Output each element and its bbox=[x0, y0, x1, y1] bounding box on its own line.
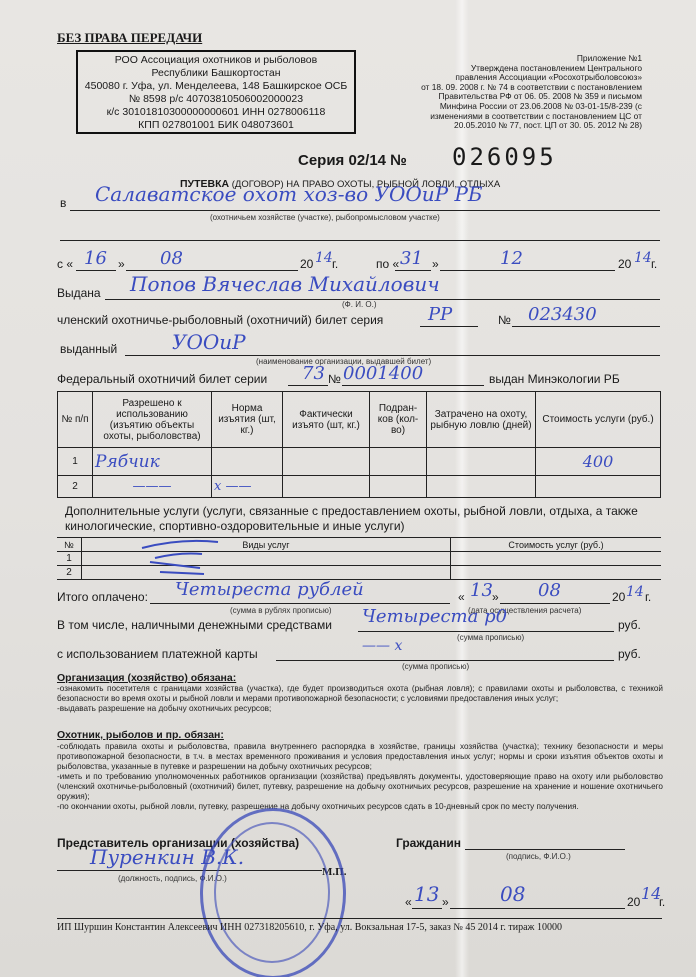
pay-date-mid: » bbox=[492, 590, 499, 604]
days-cell[interactable] bbox=[427, 448, 536, 476]
wounded-cell[interactable] bbox=[370, 476, 427, 498]
object-cell[interactable]: ——— bbox=[93, 476, 212, 498]
from-month[interactable]: 08 bbox=[160, 248, 183, 269]
object-cell[interactable]: Рябчик bbox=[93, 448, 212, 476]
total-paid-label: Итого оплачено: bbox=[57, 590, 148, 604]
strike-through-mark bbox=[140, 538, 220, 578]
to-year-prefix: 20 bbox=[618, 257, 631, 271]
obligation-item: -иметь и по требованию уполномоченных ра… bbox=[57, 772, 663, 802]
sign-date-day[interactable]: 13 bbox=[414, 882, 439, 906]
hunter-obligations-list: -соблюдать правила охоты и рыболовства, … bbox=[57, 742, 663, 812]
series-label: Серия 02/14 № bbox=[298, 152, 407, 169]
row-number: 2 bbox=[57, 566, 82, 580]
place-prefix: в bbox=[60, 196, 66, 210]
from-suffix: г. bbox=[332, 257, 338, 271]
kind-cell[interactable] bbox=[82, 552, 451, 566]
row-number: 2 bbox=[58, 476, 93, 498]
to-prefix: по « bbox=[376, 257, 399, 271]
issued-by-label: выданный bbox=[60, 342, 117, 356]
member-ticket-no-label: № bbox=[498, 313, 511, 327]
cash-caption: (сумма прописью) bbox=[457, 633, 524, 642]
to-month[interactable]: 12 bbox=[500, 248, 523, 269]
from-mid: » bbox=[118, 257, 125, 271]
col-header: Затрачено на охоту, рыбную ловлю (дней) bbox=[427, 392, 536, 448]
total-paid-value[interactable]: Четыреста рублей bbox=[175, 579, 364, 600]
actual-cell[interactable] bbox=[283, 448, 370, 476]
col-header: Стоимость услуги (руб.) bbox=[536, 392, 661, 448]
series-number: 026095 bbox=[452, 143, 557, 171]
obligation-item: -выдавать разрешение на добычу охотничьи… bbox=[57, 704, 663, 714]
extra-services-title: Дополнительные услуги (услуги, связанные… bbox=[65, 504, 665, 534]
member-ticket-label: членский охотничье-рыболовный (охотничий… bbox=[57, 313, 383, 327]
organization-box: РОО Ассоциация охотников и рыболовов Рес… bbox=[76, 50, 356, 134]
from-year-prefix: 20 bbox=[300, 257, 313, 271]
org-line: № 8598 р/с 40703810506002000023 bbox=[78, 93, 354, 106]
federal-ticket-suffix: выдан Минэкологии РБ bbox=[489, 372, 620, 386]
permit-table: № п/п Разрешено к использованию (изъятию… bbox=[57, 391, 661, 498]
obligation-item: -по окончании охоты, рыбной ловли, путев… bbox=[57, 802, 663, 812]
sign-date-suffix: г. bbox=[659, 895, 665, 909]
total-paid-caption: (сумма в рублях прописью) bbox=[230, 606, 331, 615]
issued-by-value[interactable]: УООиР bbox=[172, 330, 246, 354]
table-row: 2 ——— х —— bbox=[58, 476, 661, 498]
cash-suffix: руб. bbox=[618, 618, 641, 632]
organization-stamp-inner bbox=[214, 822, 330, 963]
org-line: Республики Башкортостан bbox=[78, 67, 354, 80]
org-line: КПП 027801001 БИК 048073601 bbox=[78, 119, 354, 132]
from-day[interactable]: 16 bbox=[84, 248, 107, 269]
cost-cell[interactable]: 400 bbox=[536, 448, 661, 476]
row-number: 1 bbox=[57, 552, 82, 566]
row-number: 1 bbox=[58, 448, 93, 476]
cost-cell[interactable] bbox=[451, 552, 662, 566]
col-header: Норма изъятия (шт, кг.) bbox=[212, 392, 283, 448]
period-row: с « bbox=[57, 257, 73, 271]
citizen-caption: (подпись, Ф.И.О.) bbox=[506, 852, 571, 861]
card-suffix: руб. bbox=[618, 647, 641, 661]
sign-date-year-prefix: 20 bbox=[627, 895, 640, 909]
org-line: к/с 30101810300000000601 ИНН 0278006118 bbox=[78, 106, 354, 119]
appendix-line: 20.05.2010 № 77, пост. ЦП от 30. 05. 201… bbox=[360, 121, 642, 131]
place-value[interactable]: Салаватское охот хоз-во УООиР РБ bbox=[95, 182, 483, 206]
federal-ticket-no-label: № bbox=[328, 372, 341, 386]
cash-value[interactable]: Четыреста р0 bbox=[362, 606, 507, 627]
obligation-item: -ознакомить посетителя с границами хозяй… bbox=[57, 684, 663, 704]
pay-date-year-prefix: 20 bbox=[612, 590, 625, 604]
pay-date-suffix: г. bbox=[645, 590, 651, 604]
issued-label: Выдана bbox=[57, 286, 101, 300]
place-caption: (охотничьем хозяйстве (участке), рыбопро… bbox=[210, 213, 440, 222]
col-header: Стоимость услуг (руб.) bbox=[451, 538, 662, 552]
pay-date-year[interactable]: 14 bbox=[626, 584, 644, 600]
to-suffix: г. bbox=[651, 257, 657, 271]
org-obligations-list: -ознакомить посетителя с границами хозяй… bbox=[57, 684, 663, 714]
to-day[interactable]: 31 bbox=[400, 248, 423, 269]
col-header: № bbox=[57, 538, 82, 552]
member-ticket-number[interactable]: 023430 bbox=[528, 304, 597, 325]
sign-date-prefix: « bbox=[405, 895, 412, 909]
pay-date-prefix: « bbox=[458, 590, 465, 604]
obligation-item: -соблюдать правила охоты и рыболовства, … bbox=[57, 742, 663, 772]
org-line: РОО Ассоциация охотников и рыболовов bbox=[78, 54, 354, 67]
col-header: № п/п bbox=[58, 392, 93, 448]
col-header: Разрешено к использованию (изъятию объек… bbox=[93, 392, 212, 448]
cost-cell[interactable] bbox=[451, 566, 662, 580]
kind-cell[interactable] bbox=[82, 566, 451, 580]
from-year[interactable]: 14 bbox=[315, 250, 333, 266]
wounded-cell[interactable] bbox=[370, 448, 427, 476]
table-header-row: № п/п Разрешено к использованию (изъятию… bbox=[58, 392, 661, 448]
table-row: 1 Рябчик 400 bbox=[58, 448, 661, 476]
norm-cell[interactable]: х —— bbox=[212, 476, 283, 498]
hunter-obligations-title: Охотник, рыболов и пр. обязан: bbox=[57, 729, 224, 741]
pay-date-day[interactable]: 13 bbox=[470, 580, 493, 601]
pay-date-month[interactable]: 08 bbox=[538, 580, 561, 601]
federal-ticket-label: Федеральный охотничий билет серии bbox=[57, 372, 267, 386]
org-line: 450080 г. Уфа, ул. Менделеева, 148 Башки… bbox=[78, 80, 354, 93]
actual-cell[interactable] bbox=[283, 476, 370, 498]
norm-cell[interactable] bbox=[212, 448, 283, 476]
issued-caption: (Ф. И. О.) bbox=[342, 300, 377, 309]
card-caption: (сумма прописью) bbox=[402, 662, 469, 671]
citizen-label: Гражданин bbox=[396, 836, 461, 850]
org-obligations-title: Организация (хозяйство) обязана: bbox=[57, 672, 236, 684]
cash-label: В том числе, наличными денежными средств… bbox=[57, 618, 332, 632]
sign-date-mid: » bbox=[442, 895, 449, 909]
cost-cell[interactable] bbox=[536, 476, 661, 498]
federal-ticket-number[interactable]: 0001400 bbox=[343, 363, 423, 384]
permit-document: БЕЗ ПРАВА ПЕРЕДАЧИ РОО Ассоциация охотни… bbox=[0, 0, 696, 977]
card-label: с использованием платежной карты bbox=[57, 647, 258, 661]
issued-value[interactable]: Попов Вячеслав Михайлович bbox=[130, 272, 440, 296]
col-header: Подран-ков (кол-во) bbox=[370, 392, 427, 448]
card-value[interactable]: —— х bbox=[362, 638, 402, 654]
no-transfer-label: БЕЗ ПРАВА ПЕРЕДАЧИ bbox=[57, 30, 202, 46]
appendix-note: Приложение №1 Утверждена постановлением … bbox=[360, 54, 642, 131]
federal-ticket-series[interactable]: 73 bbox=[302, 363, 325, 384]
printer-info: ИП Шуршин Константин Алексеевич ИНН 0273… bbox=[57, 922, 562, 933]
to-mid: » bbox=[432, 257, 439, 271]
col-header: Виды услуг bbox=[82, 538, 451, 552]
member-ticket-series[interactable]: РР bbox=[428, 304, 452, 325]
to-year[interactable]: 14 bbox=[634, 250, 652, 266]
days-cell[interactable] bbox=[427, 476, 536, 498]
sign-date-month[interactable]: 08 bbox=[500, 882, 525, 906]
col-header: Фактически изъято (шт, кг.) bbox=[283, 392, 370, 448]
